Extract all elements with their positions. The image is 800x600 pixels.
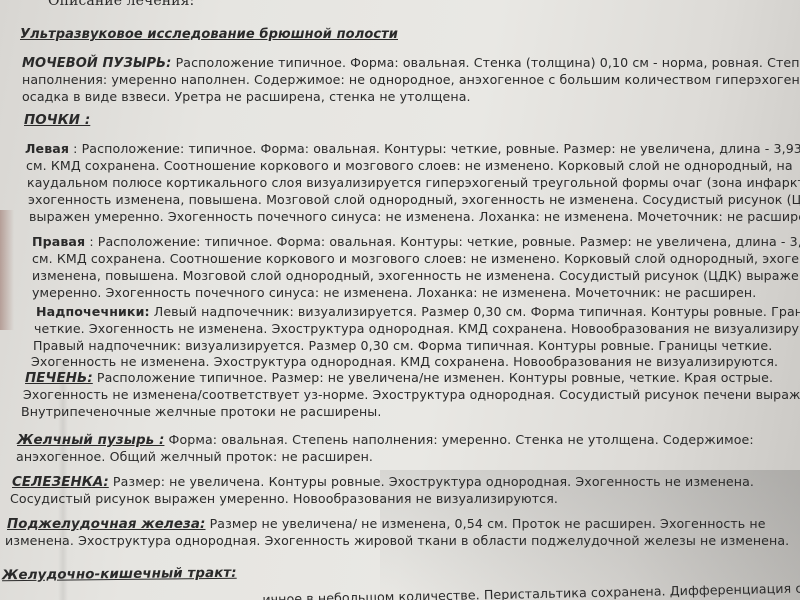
bladder-line-2: наполнения: умеренно наполнен. Содержимо… bbox=[22, 72, 800, 87]
gallbladder-line-1: Форма: овальная. Степень наполнения: уме… bbox=[169, 432, 754, 447]
gi-tract-heading: Желудочно-кишечный тракт: bbox=[2, 566, 237, 583]
kidney-left-line-3: каудальном полюсе кортикального слоя виз… bbox=[27, 175, 800, 190]
kidney-left-line-5: выражен умеренно. Эхогенность почечного … bbox=[29, 209, 800, 224]
top-label: Описание лечения: bbox=[48, 0, 194, 9]
kidney-right-label: Правая bbox=[32, 234, 85, 249]
pancreas-line-2: изменена. Эхоструктура однородная. Эхоге… bbox=[5, 533, 789, 548]
kidney-right-line-3: изменена, повышена. Мозговой слой одноро… bbox=[32, 268, 800, 283]
adrenals-line-2: четкие. Эхогенность не изменена. Эхостру… bbox=[34, 321, 800, 336]
kidneys-heading: ПОЧКИ : bbox=[24, 113, 90, 128]
kidney-left-line-2: см. КМД сохранена. Соотношение коркового… bbox=[26, 158, 793, 173]
bladder-line-1: Расположение типичное. Форма: овальная. … bbox=[176, 55, 800, 70]
pancreas-heading: Поджелудочная железа: bbox=[7, 517, 206, 532]
kidney-left-line-1: : Расположение: типичное. Форма: овальна… bbox=[69, 141, 800, 156]
adrenals-line-1: Левый надпочечник: визуализируется. Разм… bbox=[150, 304, 800, 319]
photo-shadow-left bbox=[0, 210, 14, 330]
bladder-line-3: осадка в виде взвеси. Уретра не расширен… bbox=[22, 89, 471, 104]
spleen-line-1: Размер: не увеличена. Контуры ровные. Эх… bbox=[109, 474, 754, 489]
spleen-line-2: Сосудистый рисунок выражен умеренно. Нов… bbox=[10, 491, 558, 506]
liver-line-3: Внутрипеченочные желчные протоки не расш… bbox=[21, 404, 381, 419]
kidney-left-line-4: эхогенность изменена, повышена. Мозговой… bbox=[28, 192, 800, 207]
liver-line-1: Расположение типичное. Размер: не увелич… bbox=[93, 370, 773, 385]
gallbladder-line-2: анэхогенное. Общий желчный проток: не ра… bbox=[16, 449, 373, 464]
bladder-heading: МОЧЕВОЙ ПУЗЫРЬ: bbox=[22, 56, 171, 71]
liver-heading: ПЕЧЕНЬ: bbox=[25, 371, 93, 386]
liver-line-2: Эхогенность не изменена/соответствует уз… bbox=[23, 387, 800, 402]
adrenals-line-3: Правый надпочечник: визуализируется. Раз… bbox=[33, 338, 772, 353]
document-title: Ультразвуковое исследование брюшной поло… bbox=[20, 27, 398, 42]
gallbladder-heading: Желчный пузырь : bbox=[17, 433, 164, 448]
spleen-heading: СЕЛЕЗЕНКА: bbox=[12, 475, 109, 490]
kidney-left-label: Левая bbox=[25, 141, 69, 156]
kidney-right-line-4: умеренно. Эхогенность почечного синуса: … bbox=[32, 285, 756, 300]
pancreas-line-1: Размер не увеличена/ не изменена, 0,54 с… bbox=[206, 516, 766, 531]
kidney-right-line-2: см. КМД сохранена. Соотношение коркового… bbox=[32, 251, 800, 266]
adrenals-heading: Надпочечники: bbox=[36, 304, 150, 319]
kidney-right-line-1: : Расположение: типичное. Форма: овальна… bbox=[85, 234, 800, 249]
adrenals-line-4: Эхогенность не изменена. Эхоструктура од… bbox=[31, 354, 778, 369]
